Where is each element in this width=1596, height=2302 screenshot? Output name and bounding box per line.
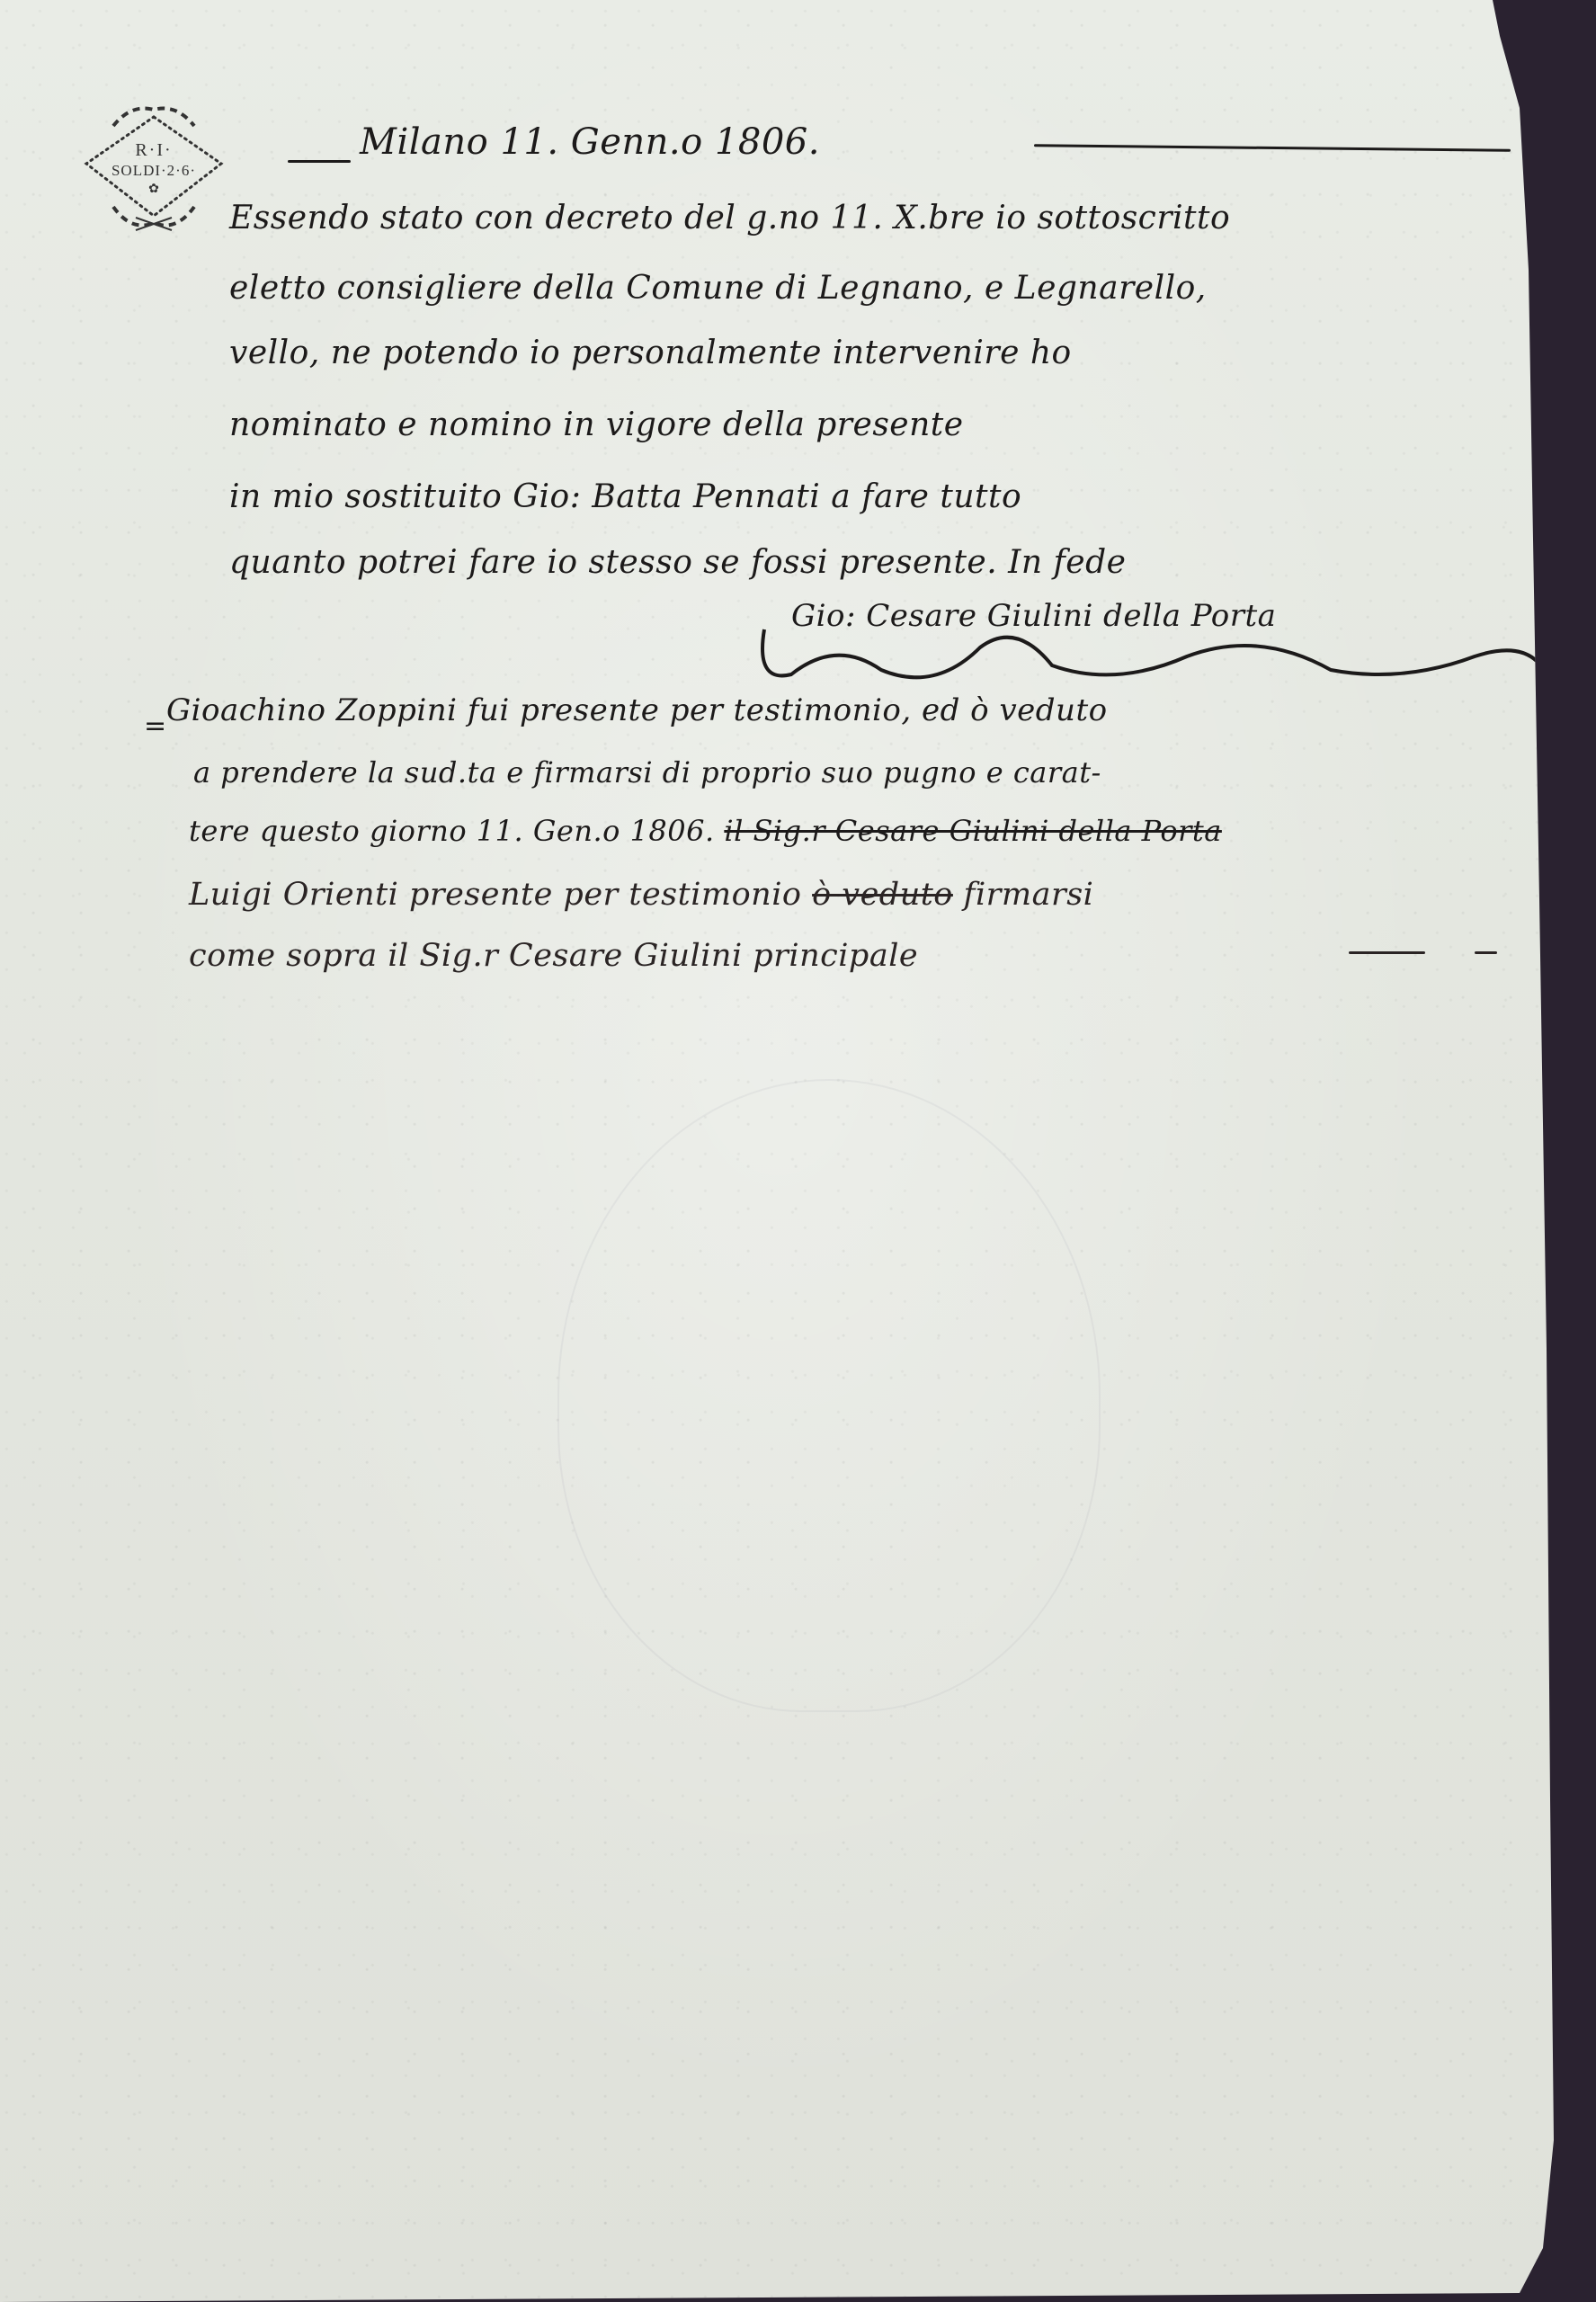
witness2-struck-text: ò veduto	[812, 877, 953, 913]
body-line-5: in mio sostituito Gio: Batta Pennati a f…	[229, 478, 1021, 515]
equals-mark: =	[144, 710, 166, 742]
header-rule-right	[1034, 144, 1511, 152]
tax-stamp: R·I· SOLDI·2·6· ✿	[77, 99, 230, 234]
witness1-struck-text: il Sig.r Cesare Giulini della Porta	[724, 814, 1222, 848]
closing-rule-end	[1475, 951, 1497, 954]
stamp-ornament-icon: ✿	[77, 182, 230, 197]
witness2-line1: Luigi Orienti presente per testimonio ò …	[189, 877, 1093, 913]
witness1-date: tere questo giorno 11. Gen.o 1806.	[189, 814, 715, 848]
paper-sheet: R·I· SOLDI·2·6· ✿ Milano 11. Genn.o 1806…	[0, 0, 1556, 2302]
body-line-1: Essendo stato con decreto del g.no 11. X…	[229, 200, 1230, 236]
closing-rule	[1349, 951, 1425, 954]
witness2-name: Luigi Orienti presente per testimonio	[189, 877, 801, 913]
witness1-line3: tere questo giorno 11. Gen.o 1806. il Si…	[189, 814, 1222, 848]
place-date: Milano 11. Genn.o 1806.	[360, 121, 820, 163]
witness1-line2: a prendere la sud.ta e firmarsi di propr…	[193, 755, 1101, 790]
stamp-value: SOLDI·2·6·	[77, 162, 230, 180]
witness2-word: firmarsi	[964, 877, 1094, 913]
body-line-2: eletto consigliere della Comune di Legna…	[229, 270, 1207, 307]
stamp-line1: R·I·	[77, 140, 230, 161]
signature-flourish-icon	[755, 620, 1565, 692]
witness1-line1: Gioachino Zoppini fui presente per testi…	[166, 692, 1108, 728]
header-rule-left	[288, 160, 351, 163]
body-line-4: nominato e nomino in vigore della presen…	[229, 406, 964, 443]
body-line-6: quanto potrei fare io stesso se fossi pr…	[229, 544, 1126, 581]
witness2-line2: come sopra il Sig.r Cesare Giulini princ…	[189, 938, 918, 974]
watermark	[557, 1079, 1101, 1712]
body-line-3: vello, ne potendo io personalmente inter…	[229, 335, 1072, 371]
